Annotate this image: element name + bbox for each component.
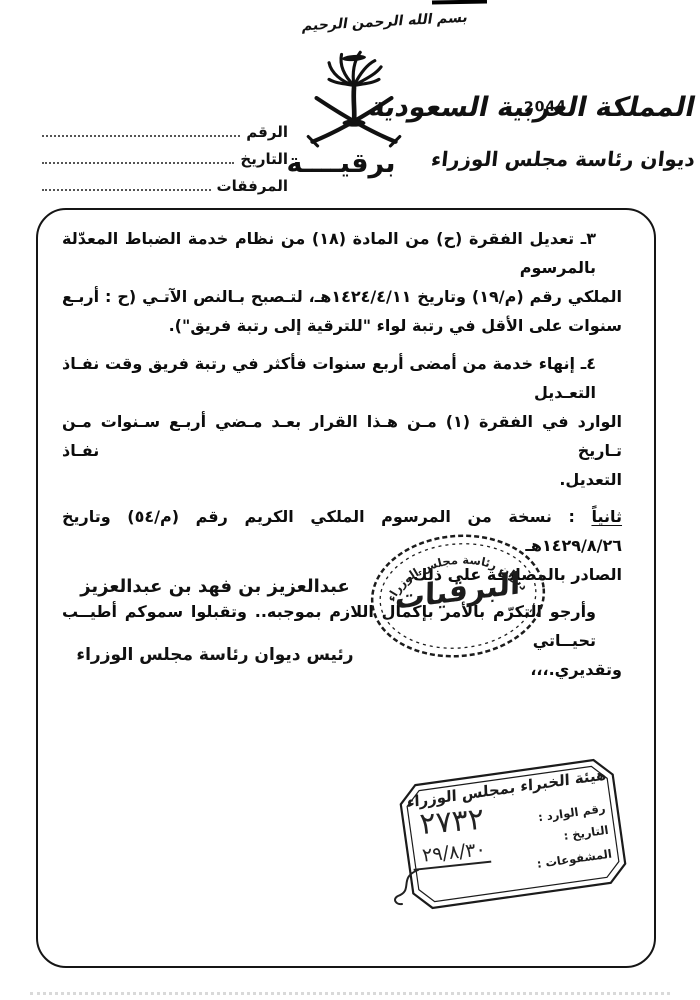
body-line: سنوات على الأقل في رتبة لواء "للترقية إل… <box>62 311 622 340</box>
bismillah-calligraphy: بسم الله الرحمن الرحيم <box>294 9 476 35</box>
body-line: الوارد في الفقرة (١) مـن هـذا القرار بعـ… <box>62 407 622 465</box>
number-dotted-line <box>42 121 240 137</box>
attachments-dotted-line <box>42 175 211 191</box>
body-line: التعديل. <box>62 465 622 494</box>
doc-type-title: برقيــــة <box>276 148 406 179</box>
number-label: الرقم <box>246 123 288 141</box>
body-line: الملكي رقم (م/١٩) وتاريخ ١٤٢٤/٤/١١هـ، لت… <box>62 282 622 311</box>
telegrams-oval-stamp: ديوان رئاسة مجلس الوزراء البرقيات <box>363 522 554 669</box>
reference-fields: الرقم التاريخ المرفقات <box>40 114 288 195</box>
attachments-label: المرفقات <box>217 177 288 195</box>
body-line: ٤ـ إنهاء خدمة من أمضى أربع سنوات فأكثر ف… <box>62 349 622 407</box>
field-row-number: الرقم <box>40 114 288 141</box>
signature-title: رئيس ديوان رئاسة مجلس الوزراء <box>65 645 365 665</box>
handwritten-incoming-number: ٢٧٣٢ <box>418 802 485 842</box>
field-row-attachments: المرفقات <box>40 168 288 195</box>
scan-noise-bar <box>432 0 487 4</box>
date-dotted-line <box>42 148 234 164</box>
handwritten-squiggle <box>390 866 424 908</box>
diwan-title: ديوان رئاسة مجلس الوزراء <box>454 147 697 171</box>
scanned-telegram-document: { "ink_color": "#151515", "header": { "b… <box>0 0 700 1000</box>
signature-name: عبدالعزيز بن فهد بن عبدالعزيز <box>65 576 365 597</box>
body-line: ٣ـ تعديل الفقرة (ح) من المادة (١٨) من نظ… <box>62 224 622 282</box>
scan-noise-bottom <box>30 992 670 995</box>
field-row-date: التاريخ <box>40 141 288 168</box>
scan-number-overlay: 2044 <box>524 98 568 115</box>
secondly-label: ثانياً <box>591 507 622 526</box>
